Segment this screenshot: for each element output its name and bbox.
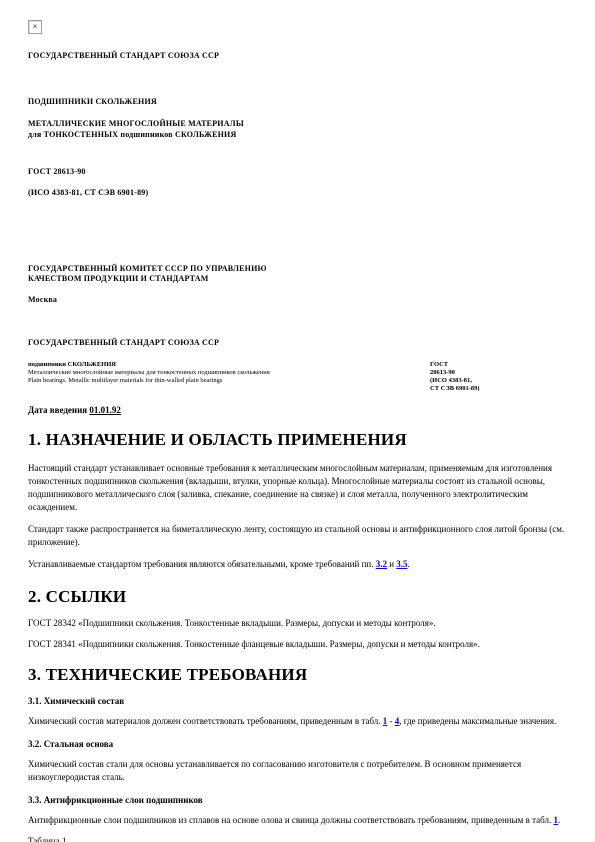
- section-3-heading: 3. ТЕХНИЧЕСКИЕ ТРЕБОВАНИЯ: [28, 665, 570, 685]
- number-block-line1: ГОСТ: [430, 361, 570, 369]
- subsection-3-3-paragraph: Антифрикционные слои подшипников из спла…: [28, 814, 570, 827]
- broken-image-icon: ×: [28, 20, 42, 34]
- p3-text-before: Устанавливаемые стандартом требования яв…: [28, 559, 376, 569]
- p31-text-before: Химический состав материалов должен соот…: [28, 716, 383, 726]
- number-block-line3: (ИСО 4383-81,: [430, 377, 570, 385]
- doc-title-block: МЕТАЛЛИЧЕСКИЕ МНОГОСЛОЙНЫЕ МАТЕРИАЛЫ для…: [28, 118, 570, 140]
- subsection-3-2-paragraph: Химический состав стали для основы устан…: [28, 758, 570, 784]
- document-page: × ГОСУДАРСТВЕННЫЙ СТАНДАРТ СОЮЗА ССР ПОД…: [0, 0, 595, 842]
- doc-title-line2: МЕТАЛЛИЧЕСКИЕ МНОГОСЛОЙНЫЕ МАТЕРИАЛЫ: [28, 118, 570, 129]
- p31-text-mid: -: [387, 716, 395, 726]
- p3-text-mid: и: [387, 559, 396, 569]
- p33-text-after: .: [558, 815, 560, 825]
- subsection-3-1-paragraph: Химический состав материалов должен соот…: [28, 715, 570, 728]
- committee-block: ГОСУДАРСТВЕННЫЙ КОМИТЕТ СССР ПО УПРАВЛЕН…: [28, 264, 570, 284]
- subsection-3-3-heading: 3.3. Антифрикционные слои подшипников: [28, 795, 570, 805]
- doc-international-refs: (ИСО 4383-81, СТ СЭВ 6901-89): [28, 188, 570, 197]
- standard-number-block: ГОСТ 28613-90 (ИСО 4383-81, СТ СЭВ 6901-…: [430, 361, 570, 393]
- committee-line2: КАЧЕСТВОМ ПРОДУКЦИИ И СТАНДАРТАМ: [28, 274, 570, 284]
- table-1-caption: Таблица 1: [28, 836, 570, 842]
- p31-text-after: , где приведены максимальные значения.: [399, 716, 556, 726]
- section-1-heading: 1. НАЗНАЧЕНИЕ И ОБЛАСТЬ ПРИМЕНЕНИЯ: [28, 430, 570, 450]
- p3-text-after: .: [408, 559, 410, 569]
- subsection-3-1-heading: 3.1. Химический состав: [28, 696, 570, 706]
- subject-ru-caps: подшипники СКОЛЬЖЕНИЯ: [28, 361, 428, 369]
- reference-gost-28342: ГОСТ 28342 «Подшипники скольжения. Тонко…: [28, 618, 570, 628]
- p33-text-before: Антифрикционные слои подшипников из спла…: [28, 815, 553, 825]
- link-clause-3-5[interactable]: 3.5: [396, 559, 407, 569]
- doc-title-line1: ПОДШИПНИКИ СКОЛЬЖЕНИЯ: [28, 97, 570, 106]
- org-label-top: ГОСУДАРСТВЕННЫЙ СТАНДАРТ СОЮЗА ССР: [28, 51, 570, 60]
- standard-header-row: подшипники СКОЛЬЖЕНИЯ Металлические мног…: [28, 361, 570, 394]
- effective-date-label: Дата введения: [28, 405, 89, 415]
- number-block-line2: 28613-90: [430, 369, 570, 377]
- reference-gost-28341: ГОСТ 28341 «Подшипники скольжения. Тонко…: [28, 639, 570, 649]
- link-clause-3-2[interactable]: 3.2: [376, 559, 387, 569]
- section-1-paragraph-2: Стандарт также распространяется на бимет…: [28, 523, 570, 549]
- broken-image-x-glyph: ×: [33, 23, 38, 31]
- doc-number: ГОСТ 28613-90: [28, 167, 570, 176]
- effective-date-line: Дата введения 01.01.92: [28, 405, 570, 415]
- standard-subject-block: подшипники СКОЛЬЖЕНИЯ Металлические мног…: [28, 361, 428, 385]
- section-2-heading: 2. ССЫЛКИ: [28, 587, 570, 607]
- section-1-paragraph-3: Устанавливаемые стандартом требования яв…: [28, 558, 570, 571]
- subject-en: Plain bearings. Metallic multilayer mate…: [28, 377, 428, 385]
- subject-ru: Металлические многослойные материалы для…: [28, 369, 428, 377]
- org-label-standard-header: ГОСУДАРСТВЕННЫЙ СТАНДАРТ СОЮЗА ССР: [28, 338, 570, 347]
- city-label: Москва: [28, 295, 570, 304]
- section-1-paragraph-1: Настоящий стандарт устанавливает основны…: [28, 462, 570, 514]
- effective-date-value: 01.01.92: [89, 405, 121, 415]
- committee-line1: ГОСУДАРСТВЕННЫЙ КОМИТЕТ СССР ПО УПРАВЛЕН…: [28, 264, 570, 274]
- subsection-3-2-heading: 3.2. Стальная основа: [28, 739, 570, 749]
- number-block-line4: СТ СЭВ 6901-89): [430, 385, 570, 393]
- doc-title-line3: для ТОНКОСТЕННЫХ подшипников СКОЛЬЖЕНИЯ: [28, 129, 570, 140]
